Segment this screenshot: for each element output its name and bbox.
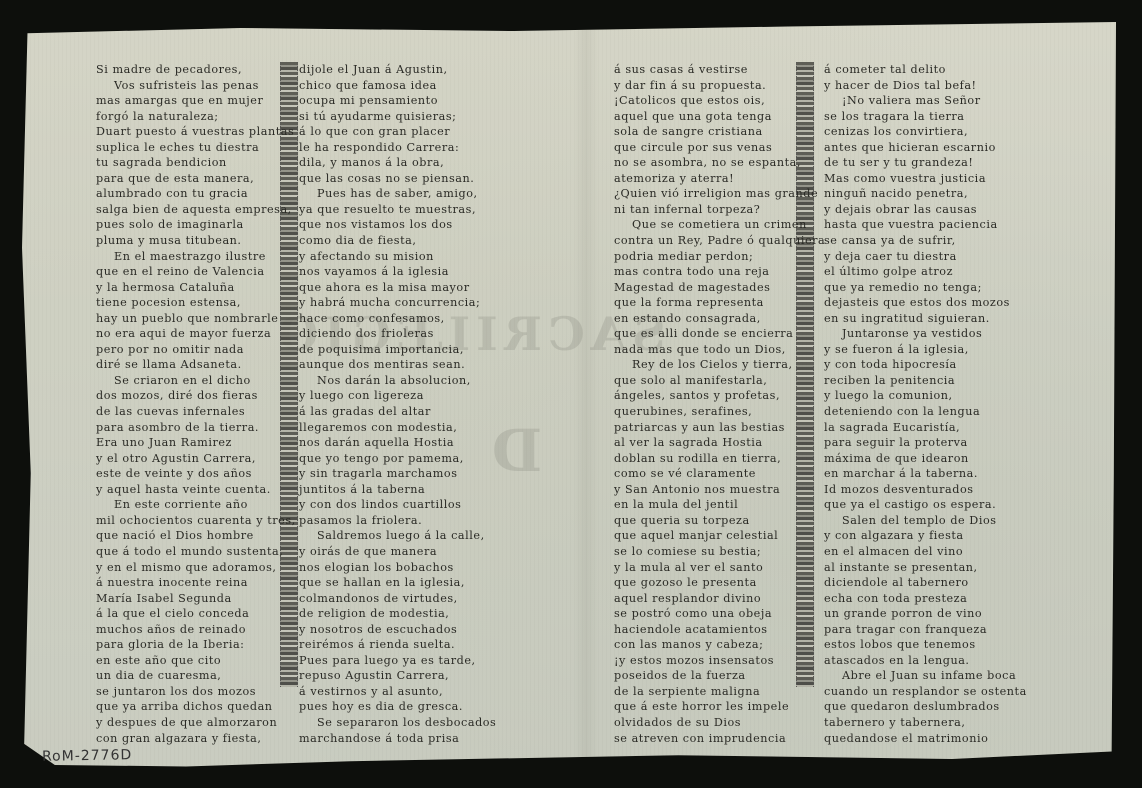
verse-line: echa con toda presteza (824, 591, 1027, 607)
verse-line: antes que hicieran escarnio (824, 140, 1027, 156)
verse-line: de tu ser y tu grandeza! (824, 155, 1027, 171)
verse-line: que se hallan en la iglesia, (299, 575, 496, 591)
verse-line: atascados en la lengua. (824, 653, 1027, 669)
verse-line: para asombro de la tierra. (96, 420, 296, 436)
verse-line: á lo que con gran placer (299, 124, 496, 140)
verse-line: en el almacen del vino (824, 544, 1027, 560)
verse-line: al instante se presentan, (824, 560, 1027, 576)
verse-line: se atreven con imprudencia (614, 731, 825, 747)
verse-line: que ya arriba dichos quedan (96, 699, 296, 715)
verse-line: Mas como vuestra justicia (824, 171, 1027, 187)
verse-line: que ahora es la misa mayor (299, 280, 496, 296)
verse-line: podria mediar perdon; (614, 249, 825, 265)
verse-line: mas amargas que en mujer (96, 93, 296, 109)
verse-line: y dar fin á su propuesta. (614, 78, 825, 94)
verse-line: Que se cometiera un crimen (614, 217, 825, 233)
verse-line: Juntaronse ya vestidos (824, 326, 1027, 342)
verse-line: que ya remedio no tenga; (824, 280, 1027, 296)
verse-line: Nos darán la absolucion, (299, 373, 496, 389)
verse-line: Se separaron los desbocados (299, 715, 496, 731)
verse-line: en su ingratitud siguieran. (824, 311, 1027, 327)
verse-line: ¡y estos mozos insensatos (614, 653, 825, 669)
verse-line: diré se llama Adsaneta. (96, 357, 296, 373)
verse-line: sola de sangre cristiana (614, 124, 825, 140)
verse-line: Vos sufristeis las penas (96, 78, 296, 94)
verse-line: deteniendo con la lengua (824, 404, 1027, 420)
verse-line: patriarcas y aun las bestias (614, 420, 825, 436)
verse-line: para tragar con franqueza (824, 622, 1027, 638)
verse-line: este de veinte y dos años (96, 466, 296, 482)
verse-line: y habrá mucha concurrencia; (299, 295, 496, 311)
verse-line: tiene pocesion estensa, (96, 295, 296, 311)
document-sheet: SACRILEGIO D Si madre de pecadores,Vos s… (22, 22, 1116, 774)
verse-line: ¡No valiera mas Señor (824, 93, 1027, 109)
catalog-mark: RoM-2776D (42, 747, 132, 765)
verse-line: llegaremos con modestia, (299, 420, 496, 436)
verse-line: colmandonos de virtudes, (299, 591, 496, 607)
verse-line: hasta que vuestra paciencia (824, 217, 1027, 233)
verse-line: mil ochocientos cuarenta y tres, (96, 513, 296, 529)
verse-line: que nos vistamos los dos (299, 217, 496, 233)
verse-line: en la mula del jentil (614, 497, 825, 513)
verse-line: nada mas que todo un Dios, (614, 342, 825, 358)
verse-line: para que de esta manera, (96, 171, 296, 187)
verse-line: y con algazara y fiesta (824, 528, 1027, 544)
verse-line: María Isabel Segunda (96, 591, 296, 607)
center-fold (574, 22, 598, 774)
verse-line: Rey de los Cielos y tierra, (614, 357, 825, 373)
verse-line: En el maestrazgo ilustre (96, 249, 296, 265)
verse-line: Saldremos luego á la calle, (299, 528, 496, 544)
verse-line: y con toda hipocresía (824, 357, 1027, 373)
verse-line: de la serpiente maligna (614, 684, 825, 700)
verse-line: en estando consagrada, (614, 311, 825, 327)
verse-line: Salen del templo de Dios (824, 513, 1027, 529)
verse-line: nos elogian los bobachos (299, 560, 496, 576)
verse-line: como dia de fiesta, (299, 233, 496, 249)
verse-line: quedandose el matrimonio (824, 731, 1027, 747)
verse-line: que solo al manifestarla, (614, 373, 825, 389)
verse-line: chico que famosa idea (299, 78, 496, 94)
verse-line: dejasteis que estos dos mozos (824, 295, 1027, 311)
verse-line: poseidos de la fuerza (614, 668, 825, 684)
verse-line: á las gradas del altar (299, 404, 496, 420)
verse-line: le ha respondido Carrera: (299, 140, 496, 156)
verse-line: atemoriza y aterra! (614, 171, 825, 187)
verse-line: á sus casas á vestirse (614, 62, 825, 78)
verse-line: cenizas los convirtiera, (824, 124, 1027, 140)
verse-line: ni tan infernal torpeza? (614, 202, 825, 218)
text-column-3: á sus casas á vestirsey dar fin á su pro… (614, 62, 825, 746)
verse-line: diciendole al tabernero (824, 575, 1027, 591)
verse-line: para seguir la proterva (824, 435, 1027, 451)
verse-line: forgó la naturaleza; (96, 109, 296, 125)
verse-line: olvidados de su Dios (614, 715, 825, 731)
verse-line: y afectando su mision (299, 249, 496, 265)
verse-line: cuando un resplandor se ostenta (824, 684, 1027, 700)
verse-line: haciendole acatamientos (614, 622, 825, 638)
verse-line: y despues de que almorzaron (96, 715, 296, 731)
verse-line: diciendo dos frioleras (299, 326, 496, 342)
verse-line: si tú ayudarme quisieras; (299, 109, 496, 125)
verse-line: se postró como una obeja (614, 606, 825, 622)
verse-line: máxima de que idearon (824, 451, 1027, 467)
verse-line: estos lobos que tenemos (824, 637, 1027, 653)
verse-line: que ya el castigo os espera. (824, 497, 1027, 513)
show-through-initial: D (492, 417, 542, 485)
verse-line: y San Antonio nos muestra (614, 482, 825, 498)
verse-line: que gozoso le presenta (614, 575, 825, 591)
verse-line: y en el mismo que adoramos, (96, 560, 296, 576)
verse-line: querubines, serafines, (614, 404, 825, 420)
verse-line: aquel resplandor divino (614, 591, 825, 607)
verse-line: como se vé claramente (614, 466, 825, 482)
verse-line: muchos años de reinado (96, 622, 296, 638)
verse-line: se los tragara la tierra (824, 109, 1027, 125)
verse-line: pero por no omitir nada (96, 342, 296, 358)
verse-line: tu sagrada bendicion (96, 155, 296, 171)
verse-line: contra un Rey, Padre ó qualquiera (614, 233, 825, 249)
verse-line: salga bien de aquesta empresa, (96, 202, 296, 218)
verse-line: que quedaron deslumbrados (824, 699, 1027, 715)
verse-line: para gloria de la Iberia: (96, 637, 296, 653)
verse-line: y oirás de que manera (299, 544, 496, 560)
verse-line: y sin tragarla marchamos (299, 466, 496, 482)
verse-line: que circule por sus venas (614, 140, 825, 156)
verse-line: Se criaron en el dicho (96, 373, 296, 389)
verse-line: dijole el Juan á Agustin, (299, 62, 496, 78)
verse-line: la sagrada Eucaristía, (824, 420, 1027, 436)
verse-line: Pues has de saber, amigo, (299, 186, 496, 202)
verse-line: y aquel hasta veinte cuenta. (96, 482, 296, 498)
verse-line: y nosotros de escuchados (299, 622, 496, 638)
verse-line: doblan su rodilla en tierra, (614, 451, 825, 467)
verse-line: pues hoy es dia de gresca. (299, 699, 496, 715)
verse-line: juntitos á la taberna (299, 482, 496, 498)
verse-line: ¡Catolicos que estos ois, (614, 93, 825, 109)
verse-line: á nuestra inocente reina (96, 575, 296, 591)
verse-line: y hacer de Dios tal befa! (824, 78, 1027, 94)
verse-line: que la forma representa (614, 295, 825, 311)
verse-line: aquel que una gota tenga (614, 109, 825, 125)
verse-line: que nació el Dios hombre (96, 528, 296, 544)
verse-line: se juntaron los dos mozos (96, 684, 296, 700)
verse-line: y luego con ligereza (299, 388, 496, 404)
verse-line: al ver la sagrada Hostia (614, 435, 825, 451)
verse-line: que es alli donde se encierra (614, 326, 825, 342)
verse-line: y deja caer tu diestra (824, 249, 1027, 265)
verse-line: pues solo de imaginarla (96, 217, 296, 233)
verse-line: suplica le eches tu diestra (96, 140, 296, 156)
verse-line: Duart puesto á vuestras plantas (96, 124, 296, 140)
verse-line: y se fueron á la iglesia, (824, 342, 1027, 358)
verse-line: con las manos y cabeza; (614, 637, 825, 653)
verse-line: á cometer tal delito (824, 62, 1027, 78)
verse-line: no se asombra, no se espanta, (614, 155, 825, 171)
verse-line: á la que el cielo conceda (96, 606, 296, 622)
verse-line: que yo tengo por pamema, (299, 451, 496, 467)
verse-line: Era uno Juan Ramirez (96, 435, 296, 451)
verse-line: repuso Agustin Carrera, (299, 668, 496, 684)
verse-line: reirémos á rienda suelta. (299, 637, 496, 653)
verse-line: Id mozos desventurados (824, 482, 1027, 498)
verse-line: ocupa mi pensamiento (299, 93, 496, 109)
verse-line: aunque dos mentiras sean. (299, 357, 496, 373)
verse-line: En este corriente año (96, 497, 296, 513)
verse-line: Pues para luego ya es tarde, (299, 653, 496, 669)
verse-line: á vestirnos y al asunto, (299, 684, 496, 700)
verse-line: tabernero y tabernera, (824, 715, 1027, 731)
verse-line: que aquel manjar celestial (614, 528, 825, 544)
verse-line: Magestad de magestades (614, 280, 825, 296)
verse-line: reciben la penitencia (824, 373, 1027, 389)
verse-line: Abre el Juan su infame boca (824, 668, 1027, 684)
verse-line: dos mozos, diré dos fieras (96, 388, 296, 404)
verse-line: ¿Quien vió irreligion mas grande (614, 186, 825, 202)
verse-line: en marchar á la taberna. (824, 466, 1027, 482)
verse-line: que á este horror les impele (614, 699, 825, 715)
verse-line: ninguñ nacido penetra, (824, 186, 1027, 202)
verse-line: que en el reino de Valencia (96, 264, 296, 280)
verse-line: y luego la comunion, (824, 388, 1027, 404)
verse-line: no era aqui de mayor fuerza (96, 326, 296, 342)
verse-line: un dia de cuaresma, (96, 668, 296, 684)
verse-line: alumbrado con tu gracia (96, 186, 296, 202)
verse-line: nos darán aquella Hostia (299, 435, 496, 451)
verse-line: que á todo el mundo sustenta, (96, 544, 296, 560)
verse-line: mas contra todo una reja (614, 264, 825, 280)
verse-line: de religion de modestia, (299, 606, 496, 622)
verse-line: un grande porron de vino (824, 606, 1027, 622)
verse-line: de poquisima importancia, (299, 342, 496, 358)
verse-line: y el otro Agustin Carrera, (96, 451, 296, 467)
verse-line: y con dos lindos cuartillos (299, 497, 496, 513)
verse-line: nos vayamos á la iglesia (299, 264, 496, 280)
verse-line: ya que resuelto te muestras, (299, 202, 496, 218)
verse-line: y la mula al ver el santo (614, 560, 825, 576)
verse-line: dila, y manos á la obra, (299, 155, 496, 171)
verse-line: se lo comiese su bestia; (614, 544, 825, 560)
verse-line: que las cosas no se piensan. (299, 171, 496, 187)
verse-line: que queria su torpeza (614, 513, 825, 529)
verse-line: marchandose á toda prisa (299, 731, 496, 747)
text-column-1: Si madre de pecadores,Vos sufristeis las… (96, 62, 296, 746)
verse-line: pluma y musa titubean. (96, 233, 296, 249)
verse-line: el último golpe atroz (824, 264, 1027, 280)
text-column-2: dijole el Juan á Agustin,chico que famos… (299, 62, 496, 746)
verse-line: pasamos la friolera. (299, 513, 496, 529)
verse-line: hay un pueblo que nombrarle (96, 311, 296, 327)
verse-line: con gran algazara y fiesta, (96, 731, 296, 747)
verse-line: de las cuevas infernales (96, 404, 296, 420)
verse-line: hace como confesamos, (299, 311, 496, 327)
verse-line: Si madre de pecadores, (96, 62, 296, 78)
verse-line: y la hermosa Cataluña (96, 280, 296, 296)
verse-line: en este año que cito (96, 653, 296, 669)
verse-line: ángeles, santos y profetas, (614, 388, 825, 404)
verse-line: se cansa ya de sufrir, (824, 233, 1027, 249)
verse-line: y dejais obrar las causas (824, 202, 1027, 218)
text-column-4: á cometer tal delitoy hacer de Dios tal … (824, 62, 1027, 746)
